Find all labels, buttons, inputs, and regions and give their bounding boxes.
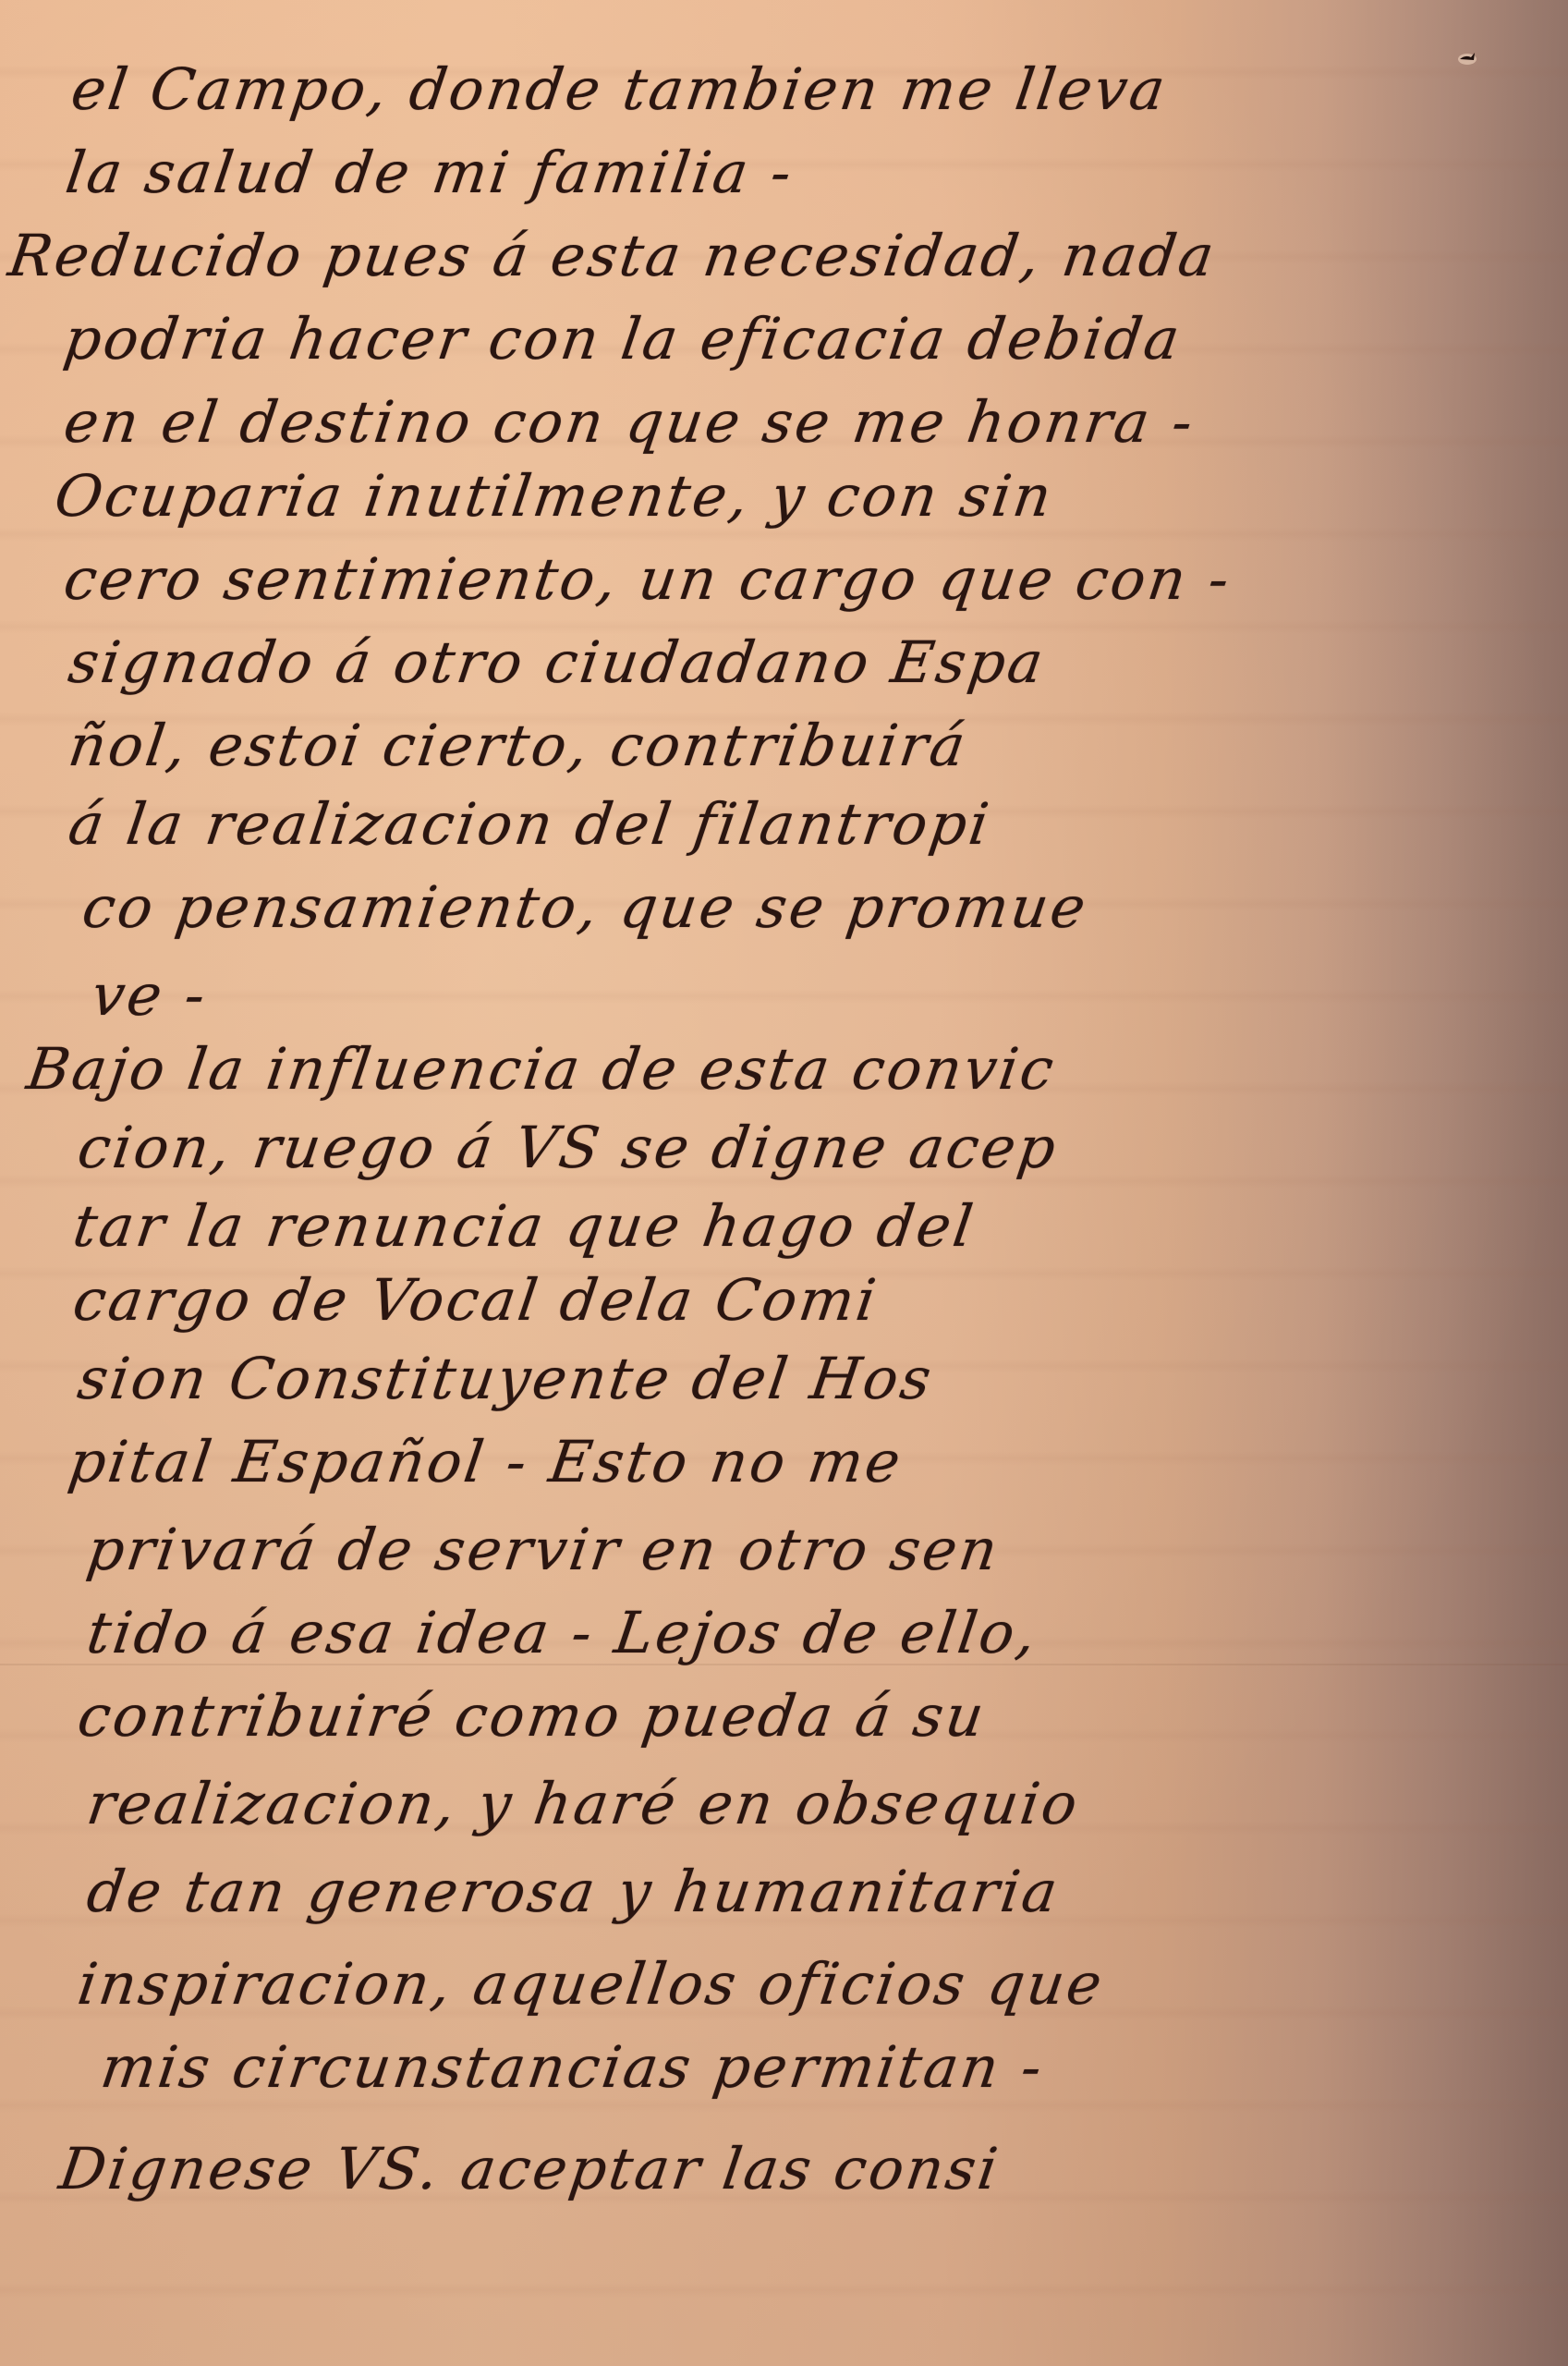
manuscript-line: inspiracion, aquellos oficios que: [74, 1950, 1109, 2018]
manuscript-line: el Campo, donde tambien me lleva: [67, 55, 1172, 123]
manuscript-line: sion Constituyente del Hos: [74, 1345, 938, 1412]
manuscript-line: ve -: [88, 961, 213, 1029]
manuscript-line: Dignese VS. aceptar las consi: [55, 2135, 1004, 2202]
manuscript-line: en el destino con que se me honra -: [60, 388, 1199, 456]
manuscript-line: cion, ruego á VS se digne acep: [74, 1114, 1063, 1181]
manuscript-line: co pensamiento, que se promue: [79, 873, 1092, 941]
paper-tear-mark-icon: [1458, 52, 1478, 65]
manuscript-line: cero sentimiento, un cargo que con -: [60, 545, 1236, 613]
manuscript-line: la salud de mi familia -: [62, 139, 798, 206]
manuscript-line: contribuiré como pueda á su: [74, 1682, 991, 1750]
manuscript-line: ñol, estoi cierto, contribuirá: [65, 712, 972, 779]
manuscript-line: mis circunstancias permitan -: [97, 2033, 1049, 2101]
manuscript-page: el Campo, donde tambien me lleva la salu…: [0, 0, 1294, 2366]
manuscript-line: tido á esa idea - Lejos de ello,: [83, 1599, 1043, 1666]
manuscript-line: podria hacer con la eficacia debida: [60, 305, 1186, 372]
manuscript-line: signado á otro ciudadano Espa: [65, 628, 1050, 696]
manuscript-line: Bajo la influencia de esta convic: [23, 1035, 1061, 1103]
manuscript-line: cargo de Vocal dela Comi: [69, 1266, 882, 1334]
manuscript-line: Reducido pues á esta necesidad, nada: [5, 222, 1221, 289]
manuscript-line: á la realizacion del filantropi: [65, 790, 995, 858]
manuscript-line: de tan generosa y humanitaria: [83, 1858, 1064, 1925]
manuscript-line: privará de servir en otro sen: [83, 1516, 1004, 1583]
manuscript-line: Ocuparia inutilmente, y con sin: [51, 462, 1058, 530]
manuscript-line: pital Español - Esto no me: [65, 1428, 907, 1495]
manuscript-line: tar la renuncia que hago del: [69, 1192, 979, 1260]
manuscript-line: realizacion, y haré en obsequio: [83, 1770, 1084, 1837]
